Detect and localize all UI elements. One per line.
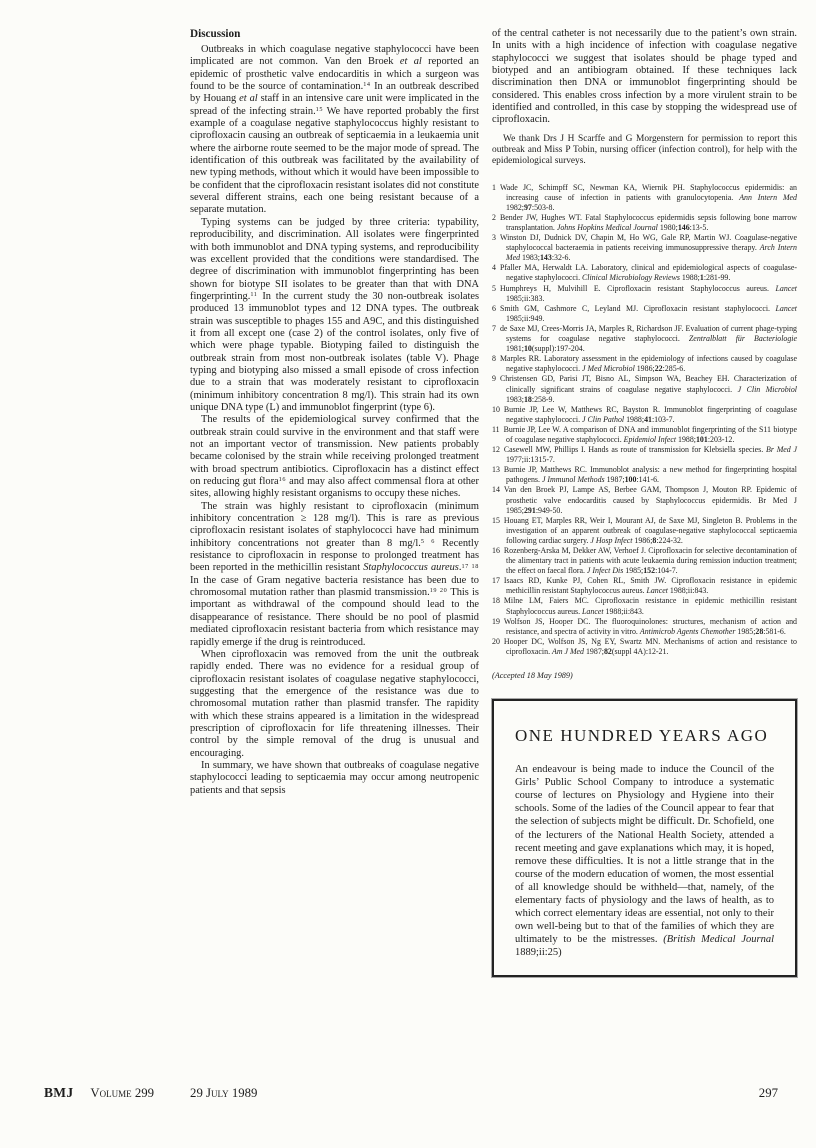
discussion-paragraph: The strain was highly resistant to cipro… (190, 501, 479, 649)
reference-item: 2Bender JW, Hughes WT. Fatal Staphylococ… (492, 213, 797, 233)
reference-list: 1Wade JC, Schimpff SC, Newman KA, Wierni… (492, 183, 797, 657)
reference-number: 3 (492, 233, 496, 242)
reference-text: Hooper DC, Wolfson JS, Ng EY, Swartz MN.… (504, 637, 797, 656)
page-footer: BMJ Volume 299 29 July 1989 297 (44, 1085, 778, 1101)
discussion-paragraph: Outbreaks in which coagulase negative st… (190, 44, 479, 217)
one-hundred-years-ago-box: ONE HUNDRED YEARS AGO An endeavour is be… (492, 699, 797, 977)
reference-text: Isaacs RD, Kunke PJ, Cohen RL, Smith JW.… (504, 576, 797, 595)
reference-item: 3Winston DJ, Dudnick DV, Chapin M, Ho WG… (492, 233, 797, 263)
reference-item: 6Smith GM, Cashmore C, Leyland MJ. Cipro… (492, 304, 797, 324)
reference-item: 14Van den Broek PJ, Lampe AS, Berbee GAM… (492, 485, 797, 515)
reference-item: 17Isaacs RD, Kunke PJ, Cohen RL, Smith J… (492, 576, 797, 596)
right-column: of the central catheter is not necessari… (492, 28, 797, 977)
reference-text: Pfaller MA, Herwaldt LA. Laboratory, cli… (500, 263, 797, 282)
reference-text: Burnie JP, Lee W, Matthews RC, Bayston R… (504, 405, 797, 424)
reference-number: 8 (492, 354, 496, 363)
reference-item: 7de Saxe MJ, Crees-Morris JA, Marples R,… (492, 324, 797, 354)
acknowledgement-paragraph: We thank Drs J H Scarffe and G Morgenste… (492, 134, 797, 168)
volume-label: Volume 299 (90, 1086, 154, 1101)
reference-number: 20 (492, 637, 500, 646)
reference-text: Houang ET, Marples RR, Weir I, Mourant A… (504, 516, 797, 545)
reference-number: 6 (492, 304, 496, 313)
article-body: Discussion Outbreaks in which coagulase … (190, 28, 797, 977)
reference-item: 4Pfaller MA, Herwaldt LA. Laboratory, cl… (492, 263, 797, 283)
reference-item: 12Casewell MW, Phillips I. Hands as rout… (492, 445, 797, 465)
reference-item: 8Marples RR. Laboratory assessment in th… (492, 354, 797, 374)
reference-text: de Saxe MJ, Crees-Morris JA, Marples R, … (500, 324, 797, 353)
reference-item: 9Christensen GD, Parisi JT, Bisno AL, Si… (492, 374, 797, 404)
journal-page: Discussion Outbreaks in which coagulase … (0, 0, 816, 1148)
reference-number: 1 (492, 183, 496, 192)
reference-text: Casewell MW, Phillips I. Hands as route … (504, 445, 797, 464)
reference-text: Burnie JP, Lee W. A comparison of DNA an… (504, 425, 797, 444)
reference-text: Marples RR. Laboratory assessment in the… (500, 354, 797, 373)
reference-number: 19 (492, 617, 500, 626)
journal-name: BMJ (44, 1085, 73, 1101)
reference-item: 20Hooper DC, Wolfson JS, Ng EY, Swartz M… (492, 637, 797, 657)
reference-number: 17 (492, 576, 500, 585)
reference-number: 2 (492, 213, 496, 222)
reference-item: 11Burnie JP, Lee W. A comparison of DNA … (492, 425, 797, 445)
discussion-heading: Discussion (190, 28, 479, 41)
reference-number: 7 (492, 324, 496, 333)
discussion-continuation-paragraph: of the central catheter is not necessari… (492, 28, 797, 127)
reference-text: Milne LM, Faiers MC. Ciprofloxacin resis… (504, 596, 797, 615)
discussion-paragraph: In summary, we have shown that outbreaks… (190, 760, 479, 797)
reference-item: 1Wade JC, Schimpff SC, Newman KA, Wierni… (492, 183, 797, 213)
reference-text: Wade JC, Schimpff SC, Newman KA, Wiernik… (500, 183, 797, 212)
reference-text: Wolfson JS, Hooper DC. The fluoroquinolo… (504, 617, 797, 636)
reference-text: Christensen GD, Parisi JT, Bisno AL, Sim… (500, 374, 797, 403)
reference-number: 16 (492, 546, 500, 555)
reference-text: Van den Broek PJ, Lampe AS, Berbee GAM, … (504, 485, 797, 514)
reference-item: 15Houang ET, Marples RR, Weir I, Mourant… (492, 516, 797, 546)
reference-text: Smith GM, Cashmore C, Leyland MJ. Ciprof… (500, 304, 797, 323)
reference-number: 12 (492, 445, 500, 454)
reference-item: 13Burnie JP, Matthews RC. Immunoblot ana… (492, 465, 797, 485)
reference-number: 14 (492, 485, 500, 494)
accepted-note: (Accepted 18 May 1989) (492, 671, 797, 680)
reference-text: Burnie JP, Matthews RC. Immunoblot analy… (504, 465, 797, 484)
reference-item: 5Humphreys H, Mulvihill E. Ciprofloxacin… (492, 284, 797, 304)
page-number: 297 (759, 1086, 778, 1101)
reference-number: 5 (492, 284, 496, 293)
reference-number: 9 (492, 374, 496, 383)
reference-text: Rozenberg-Arska M, Dekker AW, Verhoef J.… (504, 546, 797, 575)
reference-item: 19Wolfson JS, Hooper DC. The fluoroquino… (492, 617, 797, 637)
century-box-text: An endeavour is being made to induce the… (515, 763, 774, 959)
discussion-paragraph: Typing systems can be judged by three cr… (190, 217, 479, 415)
issue-date: 29 July 1989 (190, 1086, 257, 1101)
reference-text: Humphreys H, Mulvihill E. Ciprofloxacin … (500, 284, 797, 303)
reference-item: 16Rozenberg-Arska M, Dekker AW, Verhoef … (492, 546, 797, 576)
century-box-title: ONE HUNDRED YEARS AGO (515, 726, 774, 745)
reference-number: 15 (492, 516, 500, 525)
reference-text: Winston DJ, Dudnick DV, Chapin M, Ho WG,… (500, 233, 797, 262)
reference-item: 18Milne LM, Faiers MC. Ciprofloxacin res… (492, 596, 797, 616)
discussion-paragraph: The results of the epidemiological surve… (190, 414, 479, 500)
reference-text: Bender JW, Hughes WT. Fatal Staphylococc… (500, 213, 797, 232)
left-column: Discussion Outbreaks in which coagulase … (190, 28, 479, 977)
reference-number: 18 (492, 596, 500, 605)
reference-number: 4 (492, 263, 496, 272)
reference-number: 10 (492, 405, 500, 414)
reference-number: 11 (492, 425, 500, 434)
reference-item: 10Burnie JP, Lee W, Matthews RC, Bayston… (492, 405, 797, 425)
reference-number: 13 (492, 465, 500, 474)
discussion-paragraph: When ciprofloxacin was removed from the … (190, 649, 479, 760)
